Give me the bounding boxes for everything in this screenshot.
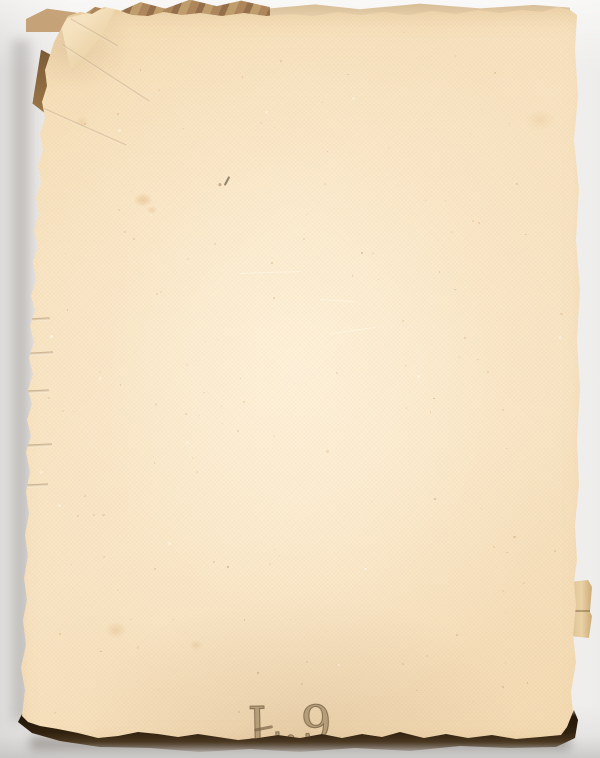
speckle xyxy=(306,661,308,663)
speckle xyxy=(102,514,104,516)
speckle xyxy=(273,435,275,437)
speckle xyxy=(464,337,466,339)
speckle xyxy=(405,365,407,367)
speckle xyxy=(487,371,489,373)
speckle xyxy=(456,634,458,636)
speckle xyxy=(280,60,282,62)
speckle xyxy=(187,258,188,259)
speckle xyxy=(478,222,480,224)
speckle xyxy=(525,234,526,235)
speckle xyxy=(416,690,417,691)
speckle xyxy=(77,515,79,517)
speckle xyxy=(71,564,72,565)
speckle xyxy=(155,403,157,405)
speckle xyxy=(59,633,61,635)
speckle xyxy=(50,335,53,338)
speckle xyxy=(388,147,390,149)
speckle xyxy=(260,122,262,124)
speckle xyxy=(445,200,446,201)
speckle xyxy=(458,356,460,358)
speckle xyxy=(227,566,228,567)
speckle xyxy=(183,128,184,129)
speckle xyxy=(160,291,162,293)
speckle xyxy=(118,209,120,211)
speckle xyxy=(117,113,119,115)
speckle xyxy=(364,568,367,571)
scanned-document: L.9 xyxy=(0,0,600,758)
speckle xyxy=(523,582,525,584)
speckle xyxy=(502,409,504,411)
speckle xyxy=(99,371,101,373)
speckle xyxy=(336,372,338,374)
speckle xyxy=(137,646,139,648)
speckle xyxy=(279,555,280,556)
speckle xyxy=(100,651,102,653)
speckle xyxy=(99,377,101,379)
speckle xyxy=(494,72,496,74)
speckle xyxy=(261,542,262,543)
speckle xyxy=(271,262,273,264)
paper-sheet: L.9 xyxy=(0,0,600,758)
texture-layer xyxy=(0,0,600,758)
speckle xyxy=(345,650,346,651)
speckle xyxy=(168,542,171,545)
speckle xyxy=(118,129,121,132)
speckle xyxy=(371,501,372,502)
speckle xyxy=(130,619,132,621)
speckle xyxy=(217,339,219,341)
speckle xyxy=(559,336,561,338)
speckle xyxy=(326,450,328,452)
speckle xyxy=(273,297,275,299)
speckle xyxy=(560,313,562,315)
speckle xyxy=(477,359,479,361)
speckle xyxy=(243,401,244,402)
speckle xyxy=(131,191,132,192)
speckle xyxy=(93,514,95,516)
speckle xyxy=(516,183,518,185)
speckle xyxy=(451,231,453,233)
speckle xyxy=(48,397,50,399)
speckle xyxy=(54,712,56,714)
speckle xyxy=(196,471,198,473)
speckle xyxy=(62,410,64,412)
speckle xyxy=(327,151,328,152)
speckle xyxy=(554,550,556,552)
speckle xyxy=(402,320,404,322)
speckle xyxy=(513,536,515,538)
speckle xyxy=(192,457,194,459)
speckle xyxy=(156,293,158,295)
speckle xyxy=(502,590,504,592)
